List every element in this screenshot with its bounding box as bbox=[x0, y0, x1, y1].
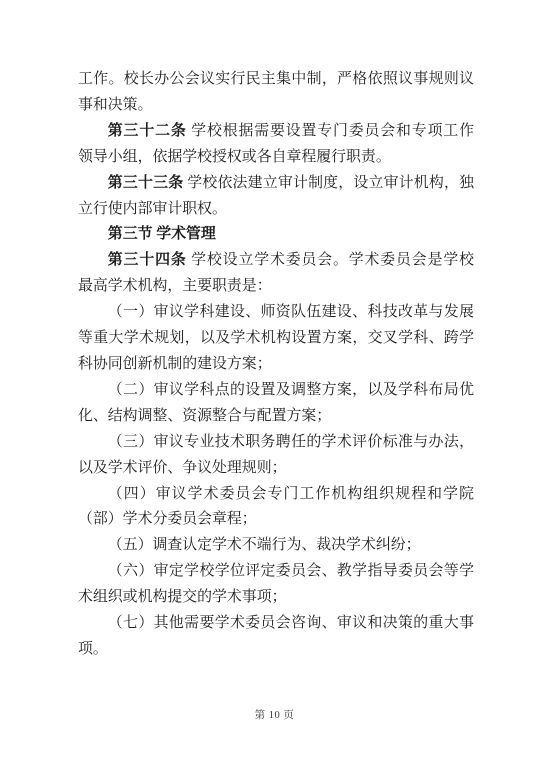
line-text: 最高学术机构，主要职责是： bbox=[78, 278, 272, 294]
article-number: 第三十二条 bbox=[108, 123, 187, 139]
line-text: 项。 bbox=[78, 641, 108, 657]
line-text: （部）学术分委员会章程； bbox=[78, 511, 257, 527]
text-line-item-7: （七）其他需要学术委员会咨询、审议和决策的重大事 bbox=[78, 611, 474, 637]
page-number: 第 10 页 bbox=[0, 707, 549, 722]
line-text: （五）调查认定学术不端行为、裁决学术纠纷； bbox=[108, 537, 421, 553]
text-line: 等重大学术规划，以及学术机构设置方案，交叉学科、跨学 bbox=[78, 326, 474, 352]
line-text: 学校依法建立审计制度，设立审计机构，独 bbox=[183, 175, 474, 191]
text-line: 立行使内部审计职权。 bbox=[78, 197, 474, 223]
section-heading-text: 第三节 学术管理 bbox=[108, 226, 216, 242]
text-line: 项。 bbox=[78, 637, 474, 663]
text-line-article-32: 第三十二条 学校根据需要设置专门委员会和专项工作 bbox=[78, 119, 474, 145]
text-line-item-5: （五）调查认定学术不端行为、裁决学术纠纷； bbox=[78, 533, 474, 559]
text-line: 化、结构调整、资源整合与配置方案； bbox=[78, 404, 474, 430]
line-text: （六）审定学校学位评定委员会、教学指导委员会等学 bbox=[108, 563, 474, 579]
text-line: 科协同创新机制的建设方案； bbox=[78, 352, 474, 378]
line-text: （一）审议学科建设、师资队伍建设、科技改革与发展 bbox=[108, 304, 474, 320]
text-line: 术组织或机构提交的学术事项； bbox=[78, 585, 474, 611]
text-line-item-1: （一）审议学科建设、师资队伍建设、科技改革与发展 bbox=[78, 300, 474, 326]
document-body: 工作。校长办公会议实行民主集中制，严格依照议事规则议 事和决策。 第三十二条 学… bbox=[78, 67, 474, 663]
line-text: 领导小组，依据学校授权或各自章程履行职责。 bbox=[78, 149, 391, 165]
text-line: 工作。校长办公会议实行民主集中制，严格依照议事规则议 bbox=[78, 67, 474, 93]
line-text: （三）审议专业技术职务聘任的学术评价标准与办法， bbox=[108, 434, 474, 450]
text-line: 领导小组，依据学校授权或各自章程履行职责。 bbox=[78, 145, 474, 171]
line-text: 学校根据需要设置专门委员会和专项工作 bbox=[187, 123, 474, 139]
line-text: 事和决策。 bbox=[78, 97, 152, 113]
text-line: 事和决策。 bbox=[78, 93, 474, 119]
text-line-item-4: （四）审议学术委员会专门工作机构组织规程和学院 bbox=[78, 482, 474, 508]
line-text: 立行使内部审计职权。 bbox=[78, 201, 227, 217]
line-text: 科协同创新机制的建设方案； bbox=[78, 356, 272, 372]
text-line-article-33: 第三十三条 学校依法建立审计制度，设立审计机构，独 bbox=[78, 171, 474, 197]
line-text: 等重大学术规划，以及学术机构设置方案，交叉学科、跨学 bbox=[78, 330, 474, 346]
document-page: 工作。校长办公会议实行民主集中制，严格依照议事规则议 事和决策。 第三十二条 学… bbox=[0, 0, 549, 777]
line-text: 化、结构调整、资源整合与配置方案； bbox=[78, 408, 331, 424]
line-text: （七）其他需要学术委员会咨询、审议和决策的重大事 bbox=[108, 615, 474, 631]
line-text: （四）审议学术委员会专门工作机构组织规程和学院 bbox=[108, 486, 474, 502]
section-heading: 第三节 学术管理 bbox=[78, 222, 474, 248]
line-text: 工作。校长办公会议实行民主集中制，严格依照议事规则议 bbox=[78, 71, 474, 87]
line-text: 学校设立学术委员会。学术委员会是学校 bbox=[187, 252, 474, 268]
article-number: 第三十三条 bbox=[108, 175, 184, 191]
text-line-item-2: （二）审议学科点的设置及调整方案，以及学科布局优 bbox=[78, 378, 474, 404]
text-line: 以及学术评价、争议处理规则； bbox=[78, 456, 474, 482]
line-text: （二）审议学科点的设置及调整方案，以及学科布局优 bbox=[108, 382, 474, 398]
line-text: 术组织或机构提交的学术事项； bbox=[78, 589, 286, 605]
article-number: 第三十四条 bbox=[108, 252, 187, 268]
text-line-item-3: （三）审议专业技术职务聘任的学术评价标准与办法， bbox=[78, 430, 474, 456]
text-line-article-34: 第三十四条 学校设立学术委员会。学术委员会是学校 bbox=[78, 248, 474, 274]
text-line: 最高学术机构，主要职责是： bbox=[78, 274, 474, 300]
line-text: 以及学术评价、争议处理规则； bbox=[78, 460, 286, 476]
text-line: （部）学术分委员会章程； bbox=[78, 507, 474, 533]
text-line-item-6: （六）审定学校学位评定委员会、教学指导委员会等学 bbox=[78, 559, 474, 585]
